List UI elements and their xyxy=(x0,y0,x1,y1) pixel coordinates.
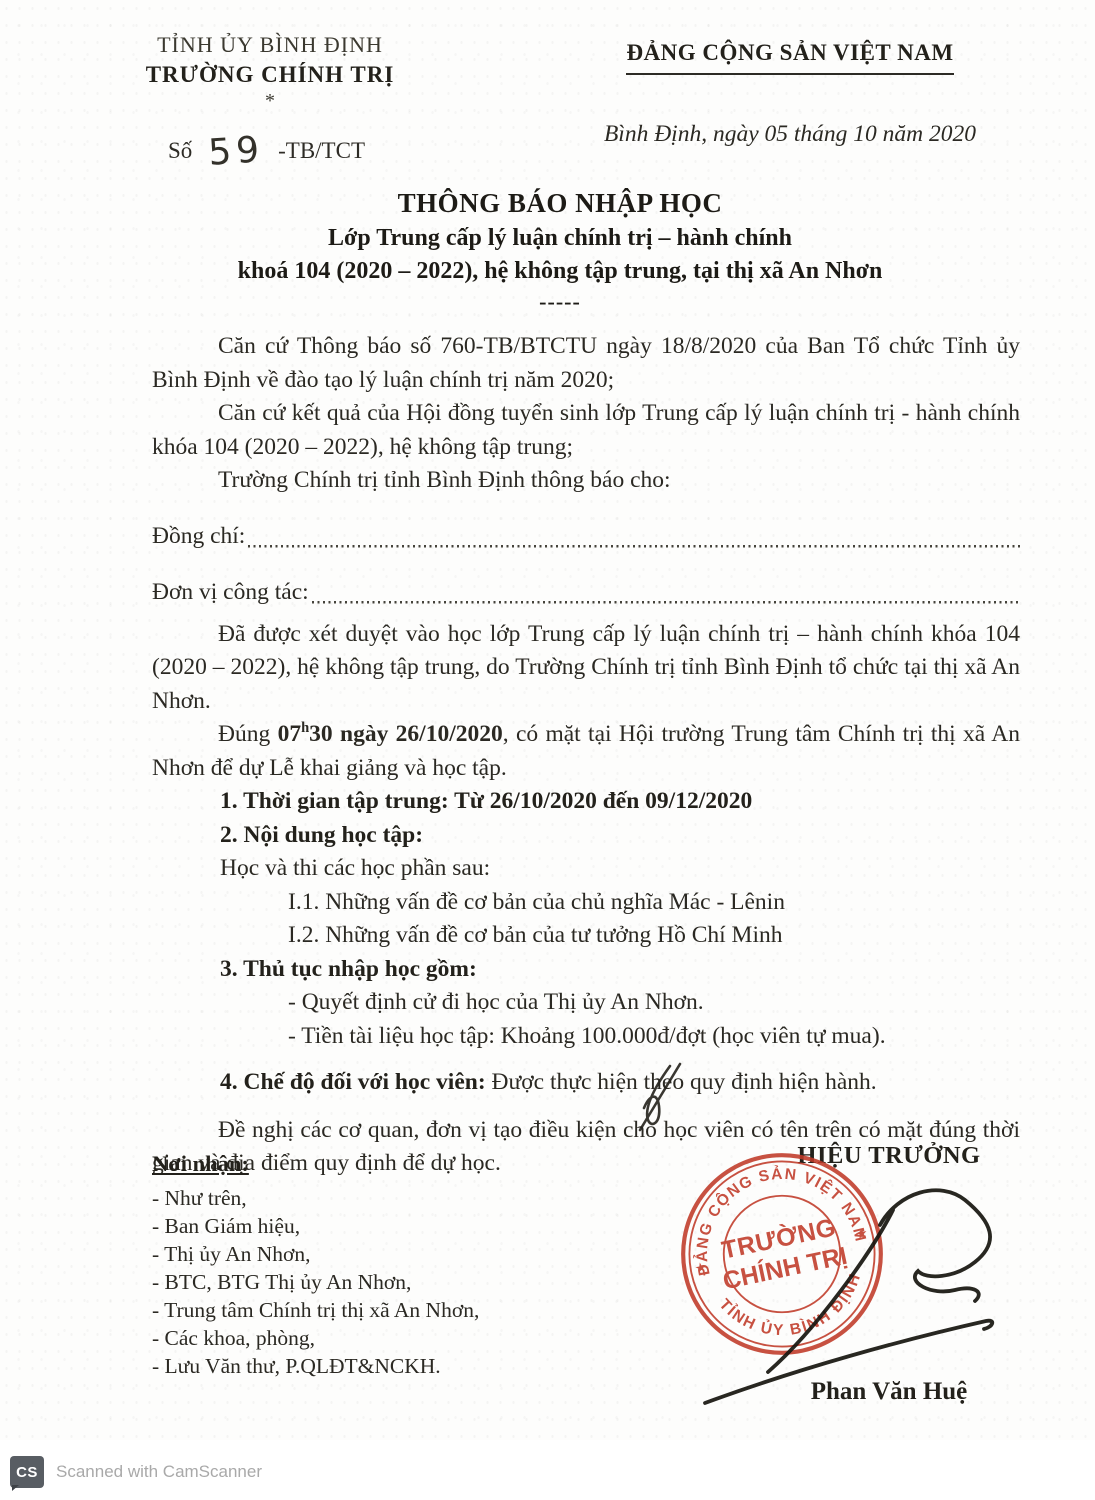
list-item-3-procedures: 3. Thủ tục nhập học gồm: xyxy=(152,953,1020,987)
handwritten-initial-mark xyxy=(628,1058,698,1138)
national-header-block: ĐẢNG CỘNG SẢN VIỆT NAM Bình Định, ngày 0… xyxy=(560,40,1020,148)
field-comrade-name: Đồng chí: xyxy=(152,513,1020,554)
list-item-4-policy: 4. Chế độ đối với học viên: Được thực hi… xyxy=(152,1066,1020,1100)
list-item-1-schedule: 1. Thời gian tập trung: Từ 26/10/2020 đế… xyxy=(152,785,1020,819)
doc-number-handwritten: 59 xyxy=(207,129,266,174)
org-separator-star: * xyxy=(105,90,435,113)
document-body: Căn cứ Thông báo số 760-TB/BTCTU ngày 18… xyxy=(152,330,1020,1181)
document-number: Số 59 -TB/TCT xyxy=(168,126,365,167)
recipient-item: - Trung tâm Chính trị thị xã An Nhơn, xyxy=(152,1296,479,1324)
recipient-item: - BTC, BTG Thị ủy An Nhơn, xyxy=(152,1268,479,1296)
title-divider: ----- xyxy=(70,289,1050,315)
recipient-item: - Lưu Văn thư, P.QLĐT&NCKH. xyxy=(152,1352,479,1380)
document-title: THÔNG BÁO NHẬP HỌC xyxy=(70,188,1050,219)
item-2-sub-2: I.2. Những vấn đề cơ bản của tư tưởng Hồ… xyxy=(152,919,1020,953)
dotted-fill-line xyxy=(312,601,1020,604)
item-3-sub-1: - Quyết định cử đi học của Thị ủy An Nhơ… xyxy=(152,986,1020,1020)
org-parent-name: TỈNH ỦY BÌNH ĐỊNH xyxy=(105,32,435,58)
field-work-unit: Đơn vị công tác: xyxy=(152,569,1020,610)
field-comrade-label: Đồng chí: xyxy=(152,520,245,554)
party-motto: ĐẢNG CỘNG SẢN VIỆT NAM xyxy=(626,40,953,75)
issuing-org-block: TỈNH ỦY BÌNH ĐỊNH TRƯỜNG CHÍNH TRỊ * xyxy=(105,32,435,113)
recipient-item: - Các khoa, phòng, xyxy=(152,1324,479,1352)
document-subtitle-1: Lớp Trung cấp lý luận chính trị – hành c… xyxy=(70,225,1050,252)
item-3-sub-2: - Tiền tài liệu học tập: Khoảng 100.000đ… xyxy=(152,1020,1020,1054)
document-title-block: THÔNG BÁO NHẬP HỌC Lớp Trung cấp lý luận… xyxy=(70,188,1050,315)
paragraph-approval: Đã được xét duyệt vào học lớp Trung cấp … xyxy=(152,618,1020,719)
camscanner-watermark: CS Scanned with CamScanner xyxy=(10,1456,262,1488)
document-subtitle-2: khoá 104 (2020 – 2022), hệ không tập tru… xyxy=(70,258,1050,285)
scanned-document-page: TỈNH ỦY BÌNH ĐỊNH TRƯỜNG CHÍNH TRỊ * Số … xyxy=(0,0,1095,1500)
org-name: TRƯỜNG CHÍNH TRỊ xyxy=(105,62,435,88)
list-item-2-content: 2. Nội dung học tập: xyxy=(152,819,1020,853)
paragraph-basis-1: Căn cứ Thông báo số 760-TB/BTCTU ngày 18… xyxy=(152,330,1020,397)
recipient-item: - Như trên, xyxy=(152,1184,479,1212)
opening-time-hour-sup: h xyxy=(301,720,309,736)
opening-time-date: 30 ngày 26/10/2020 xyxy=(309,721,503,747)
paragraph-opening-time: Đúng 07h30 ngày 26/10/2020, có mặt tại H… xyxy=(152,718,1020,785)
opening-time-pre: Đúng xyxy=(218,721,278,747)
doc-number-suffix: -TB/TCT xyxy=(278,138,365,164)
field-work-unit-label: Đơn vị công tác: xyxy=(152,576,309,610)
item-4-label: 4. Chế độ đối với học viên: xyxy=(220,1069,486,1095)
camscanner-icon: CS xyxy=(10,1456,44,1488)
paragraph-announce: Trường Chính trị tỉnh Bình Định thông bá… xyxy=(152,464,1020,498)
item-2-intro: Học và thi các học phần sau: xyxy=(152,852,1020,886)
recipient-item: - Ban Giám hiệu, xyxy=(152,1212,479,1240)
recipient-item: - Thị ủy An Nhơn, xyxy=(152,1240,479,1268)
recipients-block: Nơi nhận: - Như trên, - Ban Giám hiệu, -… xyxy=(152,1150,479,1380)
watermark-text: Scanned with CamScanner xyxy=(56,1462,262,1482)
place-and-date: Bình Định, ngày 05 tháng 10 năm 2020 xyxy=(560,121,1020,148)
opening-time-hour: 07 xyxy=(278,721,302,747)
dotted-fill-line xyxy=(248,545,1020,548)
signer-name: Phan Văn Huệ xyxy=(764,1378,1014,1406)
paragraph-basis-2: Căn cứ kết quả của Hội đồng tuyển sinh l… xyxy=(152,397,1020,464)
item-2-sub-1: I.1. Những vấn đề cơ bản của chủ nghĩa M… xyxy=(152,886,1020,920)
doc-number-prefix: Số xyxy=(168,138,192,164)
recipients-label: Nơi nhận: xyxy=(152,1150,479,1178)
